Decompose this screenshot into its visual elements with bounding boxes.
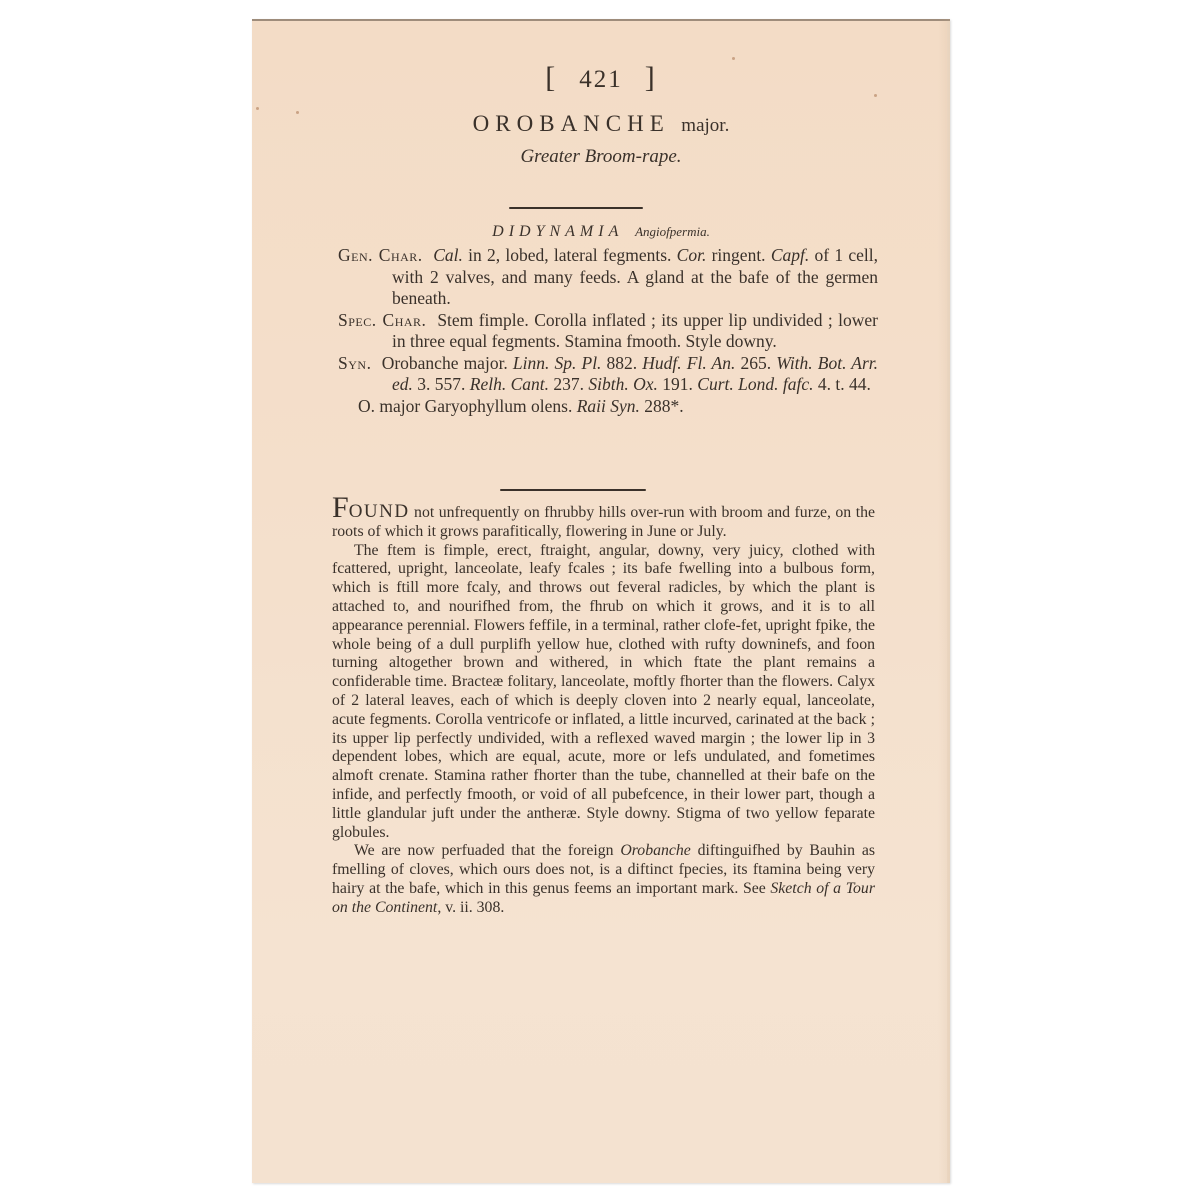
synonymy-extra: O. major Garyophyllum olens. Raii Syn. 2… (338, 396, 878, 418)
citation: Hudf. Fl. An. (642, 353, 735, 373)
citation: Linn. Sp. Pl. (513, 353, 602, 373)
text: 265. (735, 353, 776, 373)
text: 882. (601, 353, 642, 373)
text: 191. (658, 374, 697, 394)
syn-label: Syn. (338, 353, 371, 373)
page-title: OROBANCHE major. (252, 111, 950, 137)
bracket-close: ] (645, 61, 657, 94)
text: ringent. (706, 245, 770, 265)
spec-char-text: Stem fimple. Corolla inflated ; its uppe… (392, 310, 878, 352)
genus-name: OROBANCHE (473, 111, 670, 136)
paragraph-text: not unfrequently on fhrubby hills over-r… (332, 504, 875, 540)
drop-cap: F (332, 491, 349, 524)
paragraph-3: We are now perfuaded that the foreign Or… (332, 842, 875, 917)
page-number: [421] (252, 61, 950, 95)
description-body: FOUND not unfrequently on fhrubby hills … (332, 499, 875, 918)
citation: Sibth. Ox. (588, 374, 658, 394)
generic-character: Gen. Char. Cal. in 2, lobed, lateral feg… (338, 245, 878, 310)
small-caps-word: OUND (349, 501, 410, 522)
text: 237. (549, 374, 588, 394)
gen-char-label: Gen. Char. (338, 245, 423, 265)
text: We are now perfuaded that the foreign (354, 842, 620, 859)
classification: DIDYNAMIA Angiofpermia. (252, 223, 950, 241)
specific-character: Spec. Char. Stem fimple. Corolla inflate… (338, 310, 878, 353)
species-name: major. (681, 115, 729, 136)
characters-block: Gen. Char. Cal. in 2, lobed, lateral feg… (338, 245, 878, 417)
text-italic: Cal. (433, 245, 463, 265)
text-italic: Orobanche (620, 842, 690, 859)
paragraph-2: The ftem is fimple, erect, ftraight, ang… (332, 542, 875, 843)
common-name: Greater Broom-rape. (252, 146, 950, 168)
citation: Relh. Cant. (470, 374, 549, 394)
text: 4. t. 44. (813, 374, 870, 394)
paragraph-1: FOUND not unfrequently on fhrubby hills … (332, 499, 875, 542)
divider-rule (500, 489, 646, 491)
text-italic: Cor. (677, 245, 707, 265)
citation: Curt. Lond. fafc. (697, 374, 813, 394)
divider-rule (509, 207, 643, 209)
page-number-value: 421 (579, 66, 623, 93)
text: O. major Garyophyllum olens. (358, 396, 577, 416)
spec-char-label: Spec. Char. (338, 310, 426, 330)
text: 288*. (640, 396, 684, 416)
text: , v. ii. 308. (437, 899, 504, 916)
foxing-spot (256, 107, 259, 110)
citation: Raii Syn. (577, 396, 640, 416)
linnaean-order: Angiofpermia. (635, 224, 710, 239)
linnaean-class: DIDYNAMIA (492, 223, 623, 240)
text-italic: Capf. (771, 245, 809, 265)
text: in 2, lobed, lateral fegments. (463, 245, 677, 265)
synonymy: Syn. Orobanche major. Linn. Sp. Pl. 882.… (338, 353, 878, 396)
text: 3. 557. (413, 374, 470, 394)
book-page: [421] OROBANCHE major. Greater Broom-rap… (252, 19, 950, 1183)
text: Orobanche major. (382, 353, 513, 373)
bracket-open: [ (545, 61, 557, 94)
foxing-spot (732, 57, 735, 60)
